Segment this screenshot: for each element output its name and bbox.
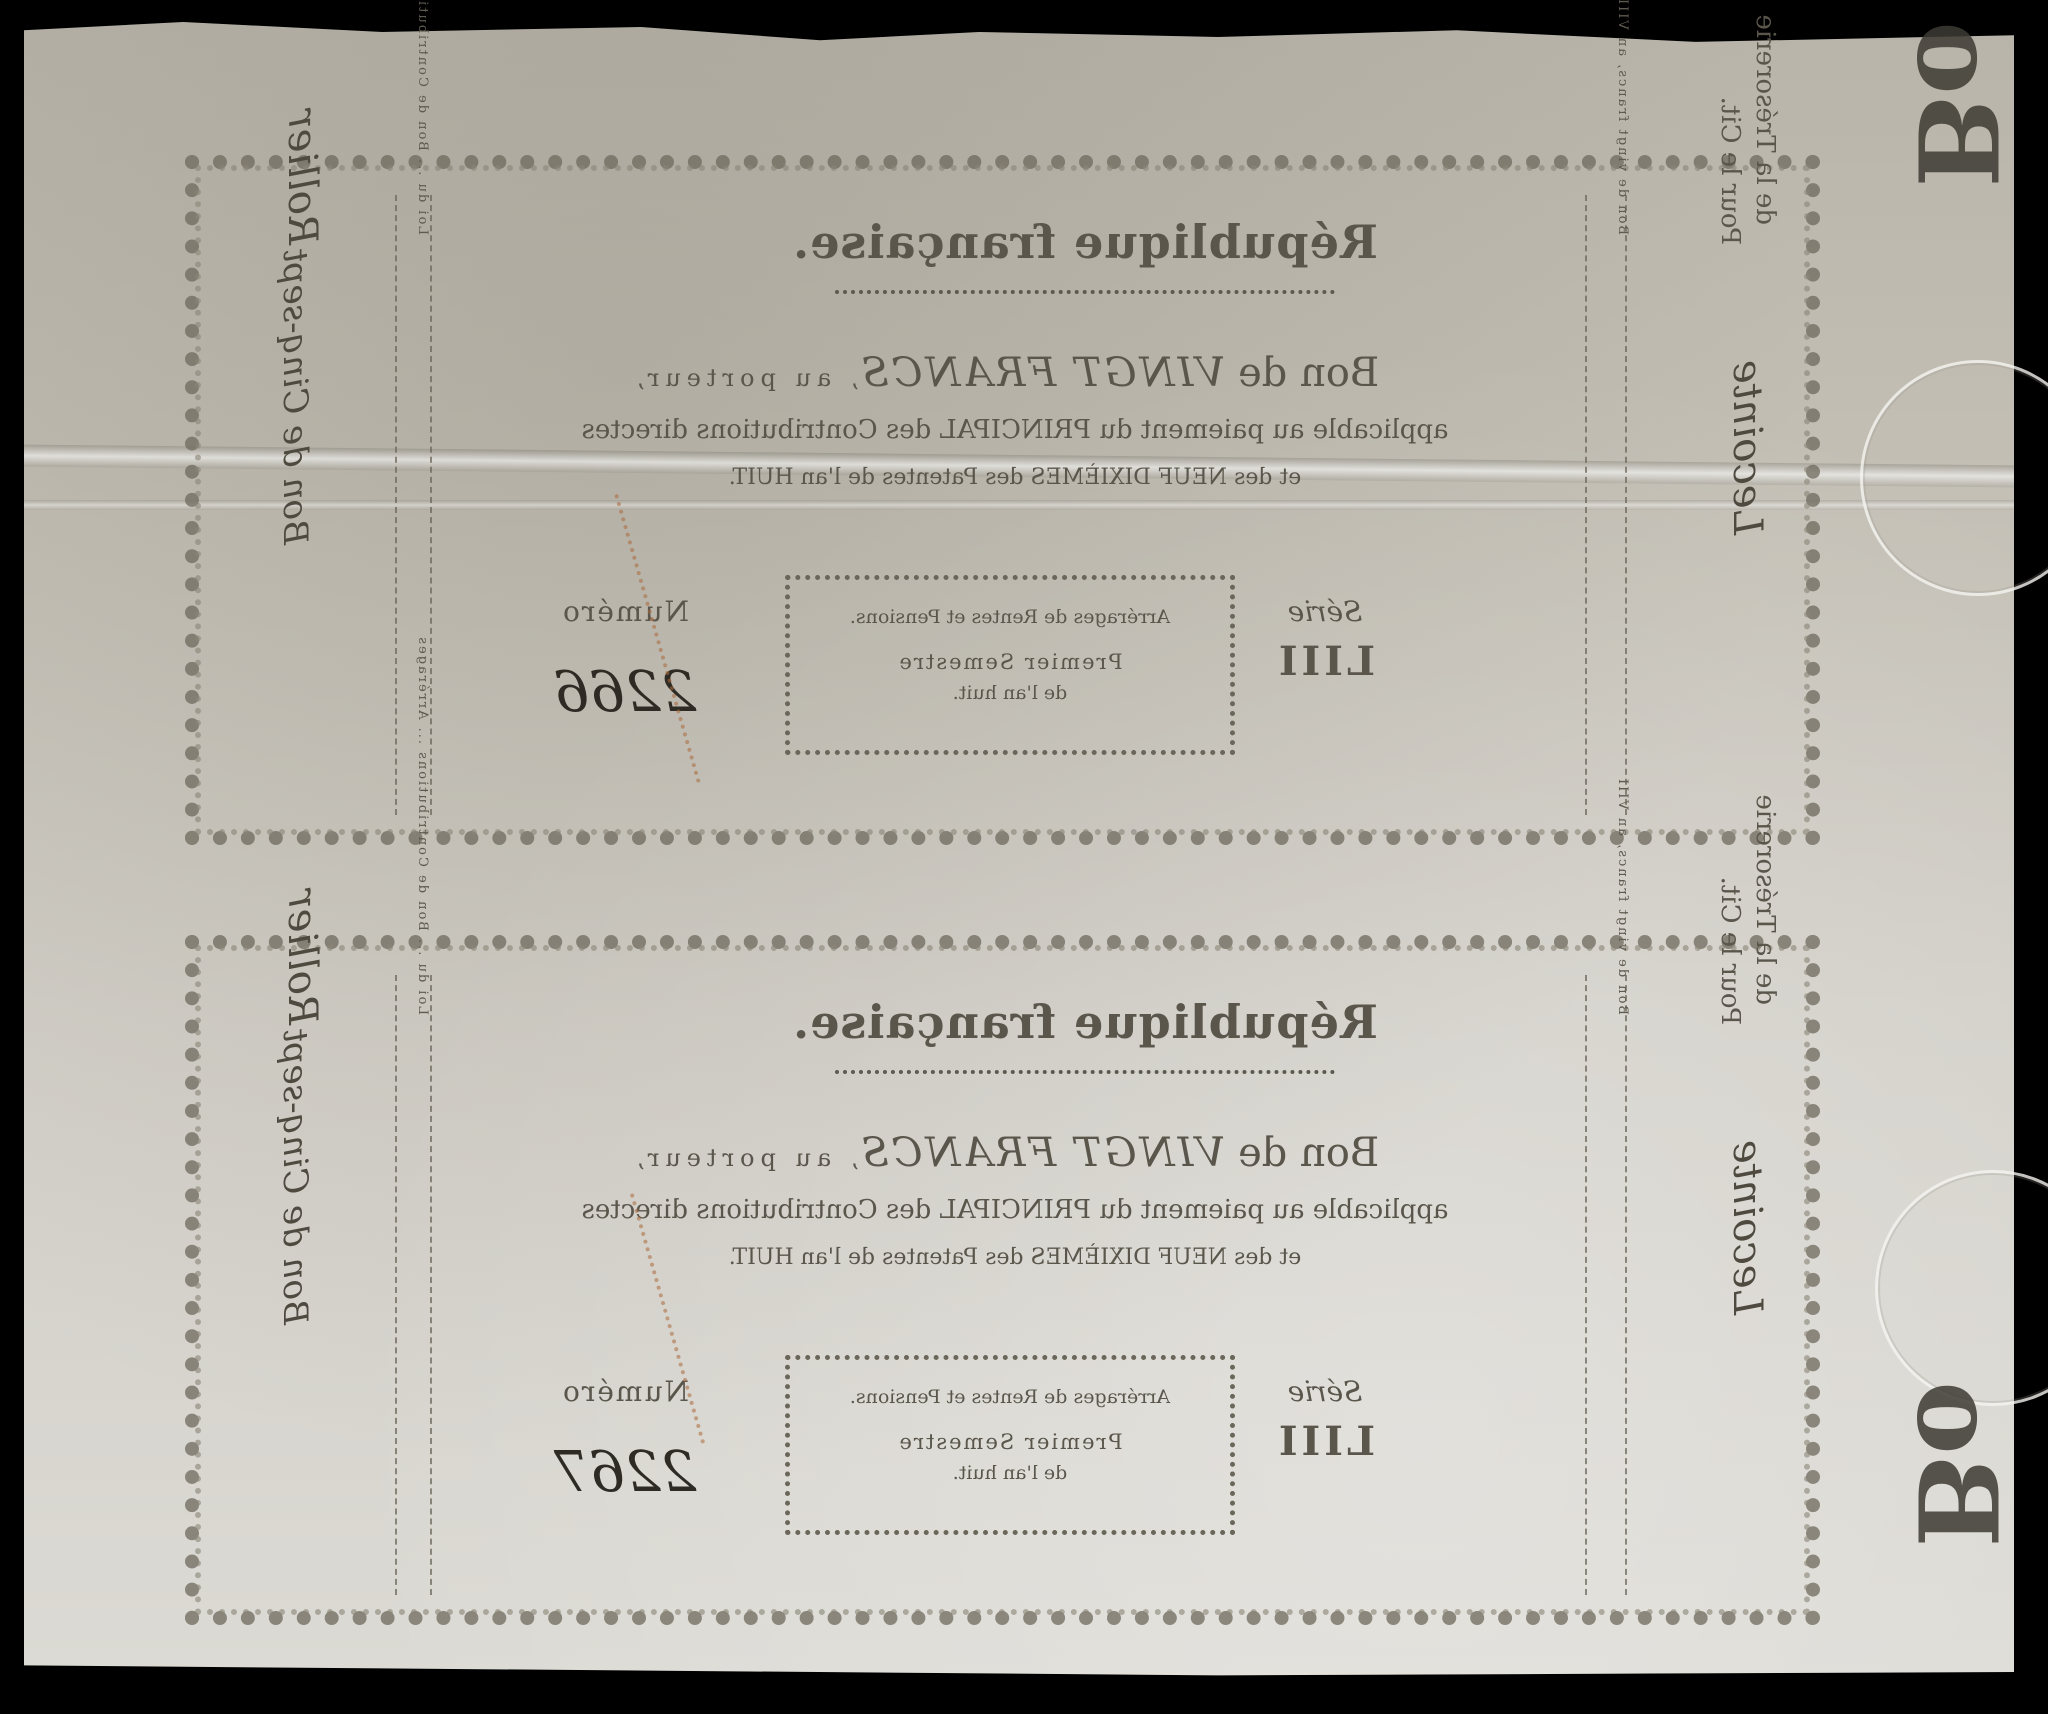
denomination-suffix: , au porteur, xyxy=(631,364,859,392)
stub-printed: de la Trésorerie xyxy=(1750,15,1780,225)
arrears-line-2: Premier Semestre xyxy=(790,650,1230,674)
stub-handwriting: Bon de Cinq-sept xyxy=(275,1029,315,1325)
arrears-line-3: de l'an huit. xyxy=(790,682,1230,704)
stub-divider-right-inner xyxy=(1625,195,1627,815)
denomination-amount: VINGT FRANCS xyxy=(858,350,1225,396)
denomination-suffix: , au porteur, xyxy=(631,1144,859,1172)
note-applicability: applicable au paiement du PRINCIPAL des … xyxy=(435,1195,1595,1225)
stub-divider-left xyxy=(395,975,397,1595)
serie-label: Série xyxy=(1265,595,1385,628)
note-denomination: Bon de VINGT FRANCS, au porteur, xyxy=(505,350,1505,396)
note-title: République française. xyxy=(725,995,1445,1049)
arrears-box: Arrérages de Rentes et Pensions. Premier… xyxy=(785,1355,1235,1535)
ornamental-rule xyxy=(835,290,1335,294)
adjacent-note-fragment-top: Bo xyxy=(1892,21,2021,187)
note-applicability-2: et des NEUF DIXIÈMES des Patentes de l'a… xyxy=(605,465,1425,490)
bond-note-bottom: République française. Bon de VINGT FRANC… xyxy=(185,935,1820,1625)
adjacent-note-fragment-bottom: Bo xyxy=(1892,1381,2021,1547)
stub-divider-left-inner xyxy=(430,975,432,1595)
right-stub: de la Trésorerie Pour le Cit. Lecointe B… xyxy=(1650,215,1800,775)
stub-printed-2: Pour le Cit. xyxy=(1715,877,1745,1025)
ornamental-rule xyxy=(835,1070,1335,1074)
serie-label: Série xyxy=(1265,1375,1385,1408)
note-denomination: Bon de VINGT FRANCS, au porteur, xyxy=(505,1130,1505,1176)
arrears-line-1: Arrérages de Rentes et Pensions. xyxy=(790,1386,1230,1408)
serie-block: Série LIII xyxy=(1265,1375,1385,1465)
denomination-prefix: Bon de xyxy=(1238,350,1379,396)
denomination-prefix: Bon de xyxy=(1238,1130,1379,1176)
serie-block: Série LIII xyxy=(1265,595,1385,685)
bond-note-top: République française. Bon de VINGT FRANC… xyxy=(185,155,1820,845)
stub-divider-right xyxy=(1585,975,1587,1595)
stub-microtext-right: Bon de vingt francs, an VIII xyxy=(1615,0,1630,235)
numero-label: Numéro xyxy=(525,595,725,628)
stub-microtext: Loi du ... Bon de Contributions ... Arré… xyxy=(415,635,430,1015)
serie-value: LIII xyxy=(1265,638,1385,685)
arrears-line-3: de l'an huit. xyxy=(790,1462,1230,1484)
denomination-amount: VINGT FRANCS xyxy=(858,1130,1225,1176)
arrears-box: Arrérages de Rentes et Pensions. Premier… xyxy=(785,575,1235,755)
note-title: République française. xyxy=(725,215,1445,269)
stub-microtext-right: Bon de vingt francs, an VIII xyxy=(1615,777,1630,1015)
stub-signature-right: Lecointe xyxy=(1724,360,1770,535)
arrears-line-1: Arrérages de Rentes et Pensions. xyxy=(790,606,1230,628)
serie-value: LIII xyxy=(1265,1418,1385,1465)
stub-handwriting: Bon de Cinq-sept xyxy=(275,249,315,545)
arrears-line-2: Premier Semestre xyxy=(790,1430,1230,1454)
numero-value: 2267 xyxy=(515,1440,735,1505)
stub-microtext: Loi du ... Bon de Contributions ... Arré… xyxy=(415,0,430,235)
right-stub: de la Trésorerie Pour le Cit. Lecointe B… xyxy=(1650,995,1800,1555)
stub-printed: de la Trésorerie xyxy=(1750,795,1780,1005)
note-applicability-2: et des NEUF DIXIÈMES des Patentes de l'a… xyxy=(605,1245,1425,1270)
stub-printed-2: Pour le Cit. xyxy=(1715,97,1745,245)
stub-signature-right: Lecointe xyxy=(1724,1140,1770,1315)
stub-divider-right xyxy=(1585,195,1587,815)
stub-signature: Rollier xyxy=(279,890,325,1025)
left-stub: Rollier Bon de Cinq-sept Loi du ... Bon … xyxy=(205,215,335,775)
left-stub: Rollier Bon de Cinq-sept Loi du ... Bon … xyxy=(205,995,335,1555)
note-applicability: applicable au paiement du PRINCIPAL des … xyxy=(435,415,1595,445)
stub-divider-left-inner xyxy=(430,195,432,815)
stub-divider-right-inner xyxy=(1625,975,1627,1595)
stub-divider-left xyxy=(395,195,397,815)
stub-signature: Rollier xyxy=(279,110,325,245)
